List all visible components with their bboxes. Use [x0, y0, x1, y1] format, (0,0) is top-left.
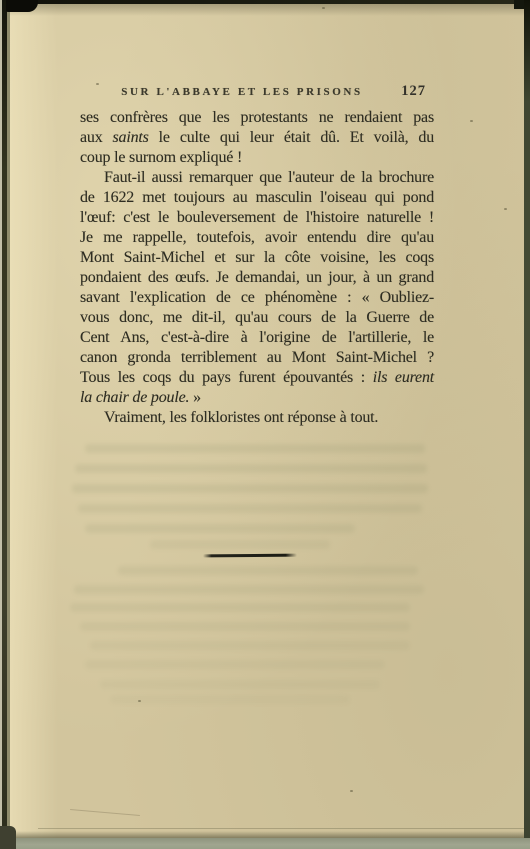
scanned-book-page: SUR L'ABBAYE ET LES PRISONS 127 ses conf…: [0, 0, 530, 849]
text-line: l'œuf: c'est le bouleversement de l'hist…: [80, 208, 434, 228]
paper-speck: [470, 120, 473, 122]
text-segment: l'œuf: c'est le bouleversement de l'hist…: [80, 209, 434, 226]
text-line: aux saints le culte qui leur était dû. E…: [80, 128, 434, 148]
show-through-mark: [75, 464, 427, 473]
italic-text-segment: la chair de poule.: [80, 389, 189, 406]
text-line: vous donc, me dit-il, qu'au cours de la …: [80, 308, 434, 328]
show-through-mark: [85, 524, 355, 533]
running-header: SUR L'ABBAYE ET LES PRISONS 127: [80, 86, 434, 104]
text-line: Tous les coqs du pays furent épouvantés …: [80, 368, 434, 388]
text-segment: Cent Ans, c'est-à-dire à l'origine de l'…: [80, 329, 434, 346]
paper-speck: [322, 7, 325, 9]
text-line: Vraiment, les folkloristes ont réponse à…: [80, 408, 434, 428]
text-segment: Vraiment, les folkloristes ont réponse à…: [104, 409, 378, 426]
show-through-mark: [72, 484, 428, 493]
show-through-mark: [78, 504, 422, 513]
text-segment: de 1622 met toujours au masculin l'oisea…: [80, 189, 434, 206]
italic-text-segment: saints: [113, 129, 149, 146]
text-segment: coup le surnom expliqué !: [80, 149, 242, 166]
text-line: savant l'explication de ce phénomène : «…: [80, 288, 434, 308]
text-segment: Tous les coqs du pays furent épouvantés …: [80, 369, 373, 386]
scan-right-edge: [524, 0, 530, 849]
scan-top-edge: [6, 0, 530, 4]
paper-speck: [504, 208, 507, 210]
text-segment: canon gronda terriblement au Mont Saint-…: [80, 349, 434, 366]
binding-gutter: [7, 0, 10, 849]
text-segment: pondaient des œufs. Je demandai, un jour…: [80, 269, 434, 286]
body-text: ses confrères que les protestants ne ren…: [80, 108, 434, 428]
text-segment: Mont Saint-Michel et sur la côte voisine…: [80, 249, 434, 266]
show-through-mark: [85, 444, 425, 453]
text-segment: savant l'explication de ce phénomène : «…: [80, 289, 434, 306]
text-segment: Faut-il aussi remarquer que l'auteur de …: [104, 169, 434, 186]
paper-speck: [96, 83, 99, 85]
scan-top-left-corner: [6, 0, 38, 12]
under-page-edge: [38, 828, 524, 829]
show-through-mark: [80, 622, 410, 631]
text-line: Faut-il aussi remarquer que l'auteur de …: [80, 168, 434, 188]
show-through-mark: [85, 660, 385, 669]
text-segment: vous donc, me dit-il, qu'au cours de la …: [80, 309, 434, 326]
text-segment: le culte qui leur était dû. Et voilà, du: [149, 129, 434, 146]
show-through-mark: [110, 695, 350, 704]
show-through-mark: [100, 680, 380, 689]
show-through-mark: [74, 585, 424, 594]
paper-scratch: [70, 809, 140, 816]
paper-page: SUR L'ABBAYE ET LES PRISONS 127 ses conf…: [10, 4, 524, 838]
text-segment: »: [189, 389, 201, 406]
text-segment: aux: [80, 129, 113, 146]
show-through-mark: [118, 566, 418, 575]
text-line: Cent Ans, c'est-à-dire à l'origine de l'…: [80, 328, 434, 348]
text-line: de 1622 met toujours au masculin l'oisea…: [80, 188, 434, 208]
text-line: la chair de poule. »: [80, 388, 434, 408]
paper-speck: [138, 700, 141, 702]
section-divider: [203, 554, 297, 558]
text-segment: ses confrères que les protestants ne ren…: [80, 109, 434, 126]
show-through-mark: [70, 603, 410, 612]
paper-speck: [350, 790, 353, 792]
scan-bottom-left-corner: [0, 826, 16, 849]
text-line: pondaient des œufs. Je demandai, un jour…: [80, 268, 434, 288]
text-line: coup le surnom expliqué !: [80, 148, 434, 168]
text-line: Mont Saint-Michel et sur la côte voisine…: [80, 248, 434, 268]
page-number: 127: [401, 83, 426, 100]
show-through-mark: [90, 641, 410, 650]
text-line: canon gronda terriblement au Mont Saint-…: [80, 348, 434, 368]
text-line: ses confrères que les protestants ne ren…: [80, 108, 434, 128]
running-title: SUR L'ABBAYE ET LES PRISONS: [80, 86, 404, 98]
italic-text-segment: ils eurent: [373, 369, 434, 386]
scan-bottom-edge: [0, 838, 530, 849]
text-segment: Je me rappelle, toutefois, avoir entendu…: [80, 229, 434, 246]
show-through-mark: [150, 540, 330, 549]
text-line: Je me rappelle, toutefois, avoir entendu…: [80, 228, 434, 248]
